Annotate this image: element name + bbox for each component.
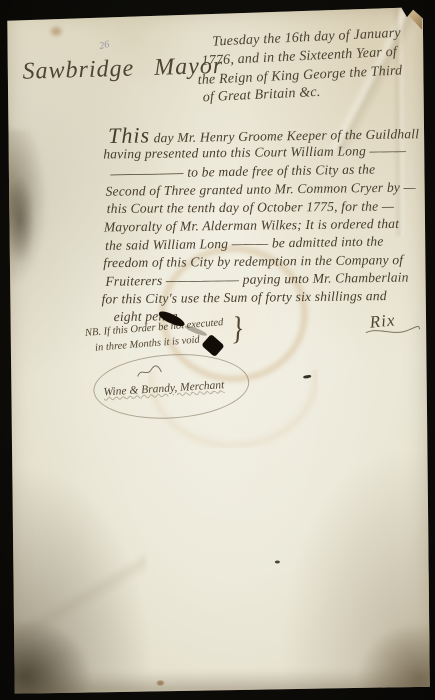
- body-line-3: —————— to be made free of this City as t…: [110, 161, 375, 182]
- signature-flourish: [364, 322, 422, 337]
- bottom-left-smudge: [2, 617, 93, 698]
- crease-bottom-left: [16, 549, 147, 650]
- manuscript-page: 26 SawbridgeMayor Tuesday the 16th day o…: [5, 6, 430, 694]
- small-brown-spot: [157, 680, 164, 685]
- fox-spot: [51, 27, 61, 35]
- dateline-4: of Great Britain &c.: [202, 85, 320, 107]
- left-edge-smudge-dark: [4, 175, 35, 265]
- mayor-name: Sawbridge: [22, 55, 134, 84]
- body-line-10: for this City's use the Sum of forty six…: [101, 288, 386, 307]
- ink-speck: [275, 560, 280, 563]
- body-line-5: this Court the tenth day of October 1775…: [107, 198, 394, 217]
- pencil-number: 26: [98, 39, 110, 52]
- photo-backdrop: { "page": { "background_color": "#0c0b08…: [0, 0, 435, 700]
- flourish-mark: [134, 363, 165, 381]
- occupation-oval-group: Wine & Brandy, Merchant: [92, 350, 252, 423]
- bottom-right-smudge: [355, 621, 435, 694]
- mayor-heading: SawbridgeMayor: [22, 53, 223, 86]
- body-line-4: Second of Three granted unto Mr. Common …: [106, 179, 416, 199]
- body-line-7: the said William Long ——— be admitted in…: [105, 234, 384, 254]
- body-line-8: freedom of this City by redemption in th…: [103, 252, 403, 271]
- bottom-edge-shading: [11, 668, 430, 694]
- body-line-2: having presented unto this Court William…: [103, 143, 406, 163]
- left-edge-smudge: [0, 129, 47, 284]
- opening-word: This: [108, 122, 150, 148]
- corner-fold: [398, 7, 422, 31]
- body-line-6: Mayoralty of Mr. Alderman Wilkes; It is …: [104, 216, 399, 236]
- body-line-9: Fruiterers —————— paying unto Mr. Chambe…: [105, 270, 408, 290]
